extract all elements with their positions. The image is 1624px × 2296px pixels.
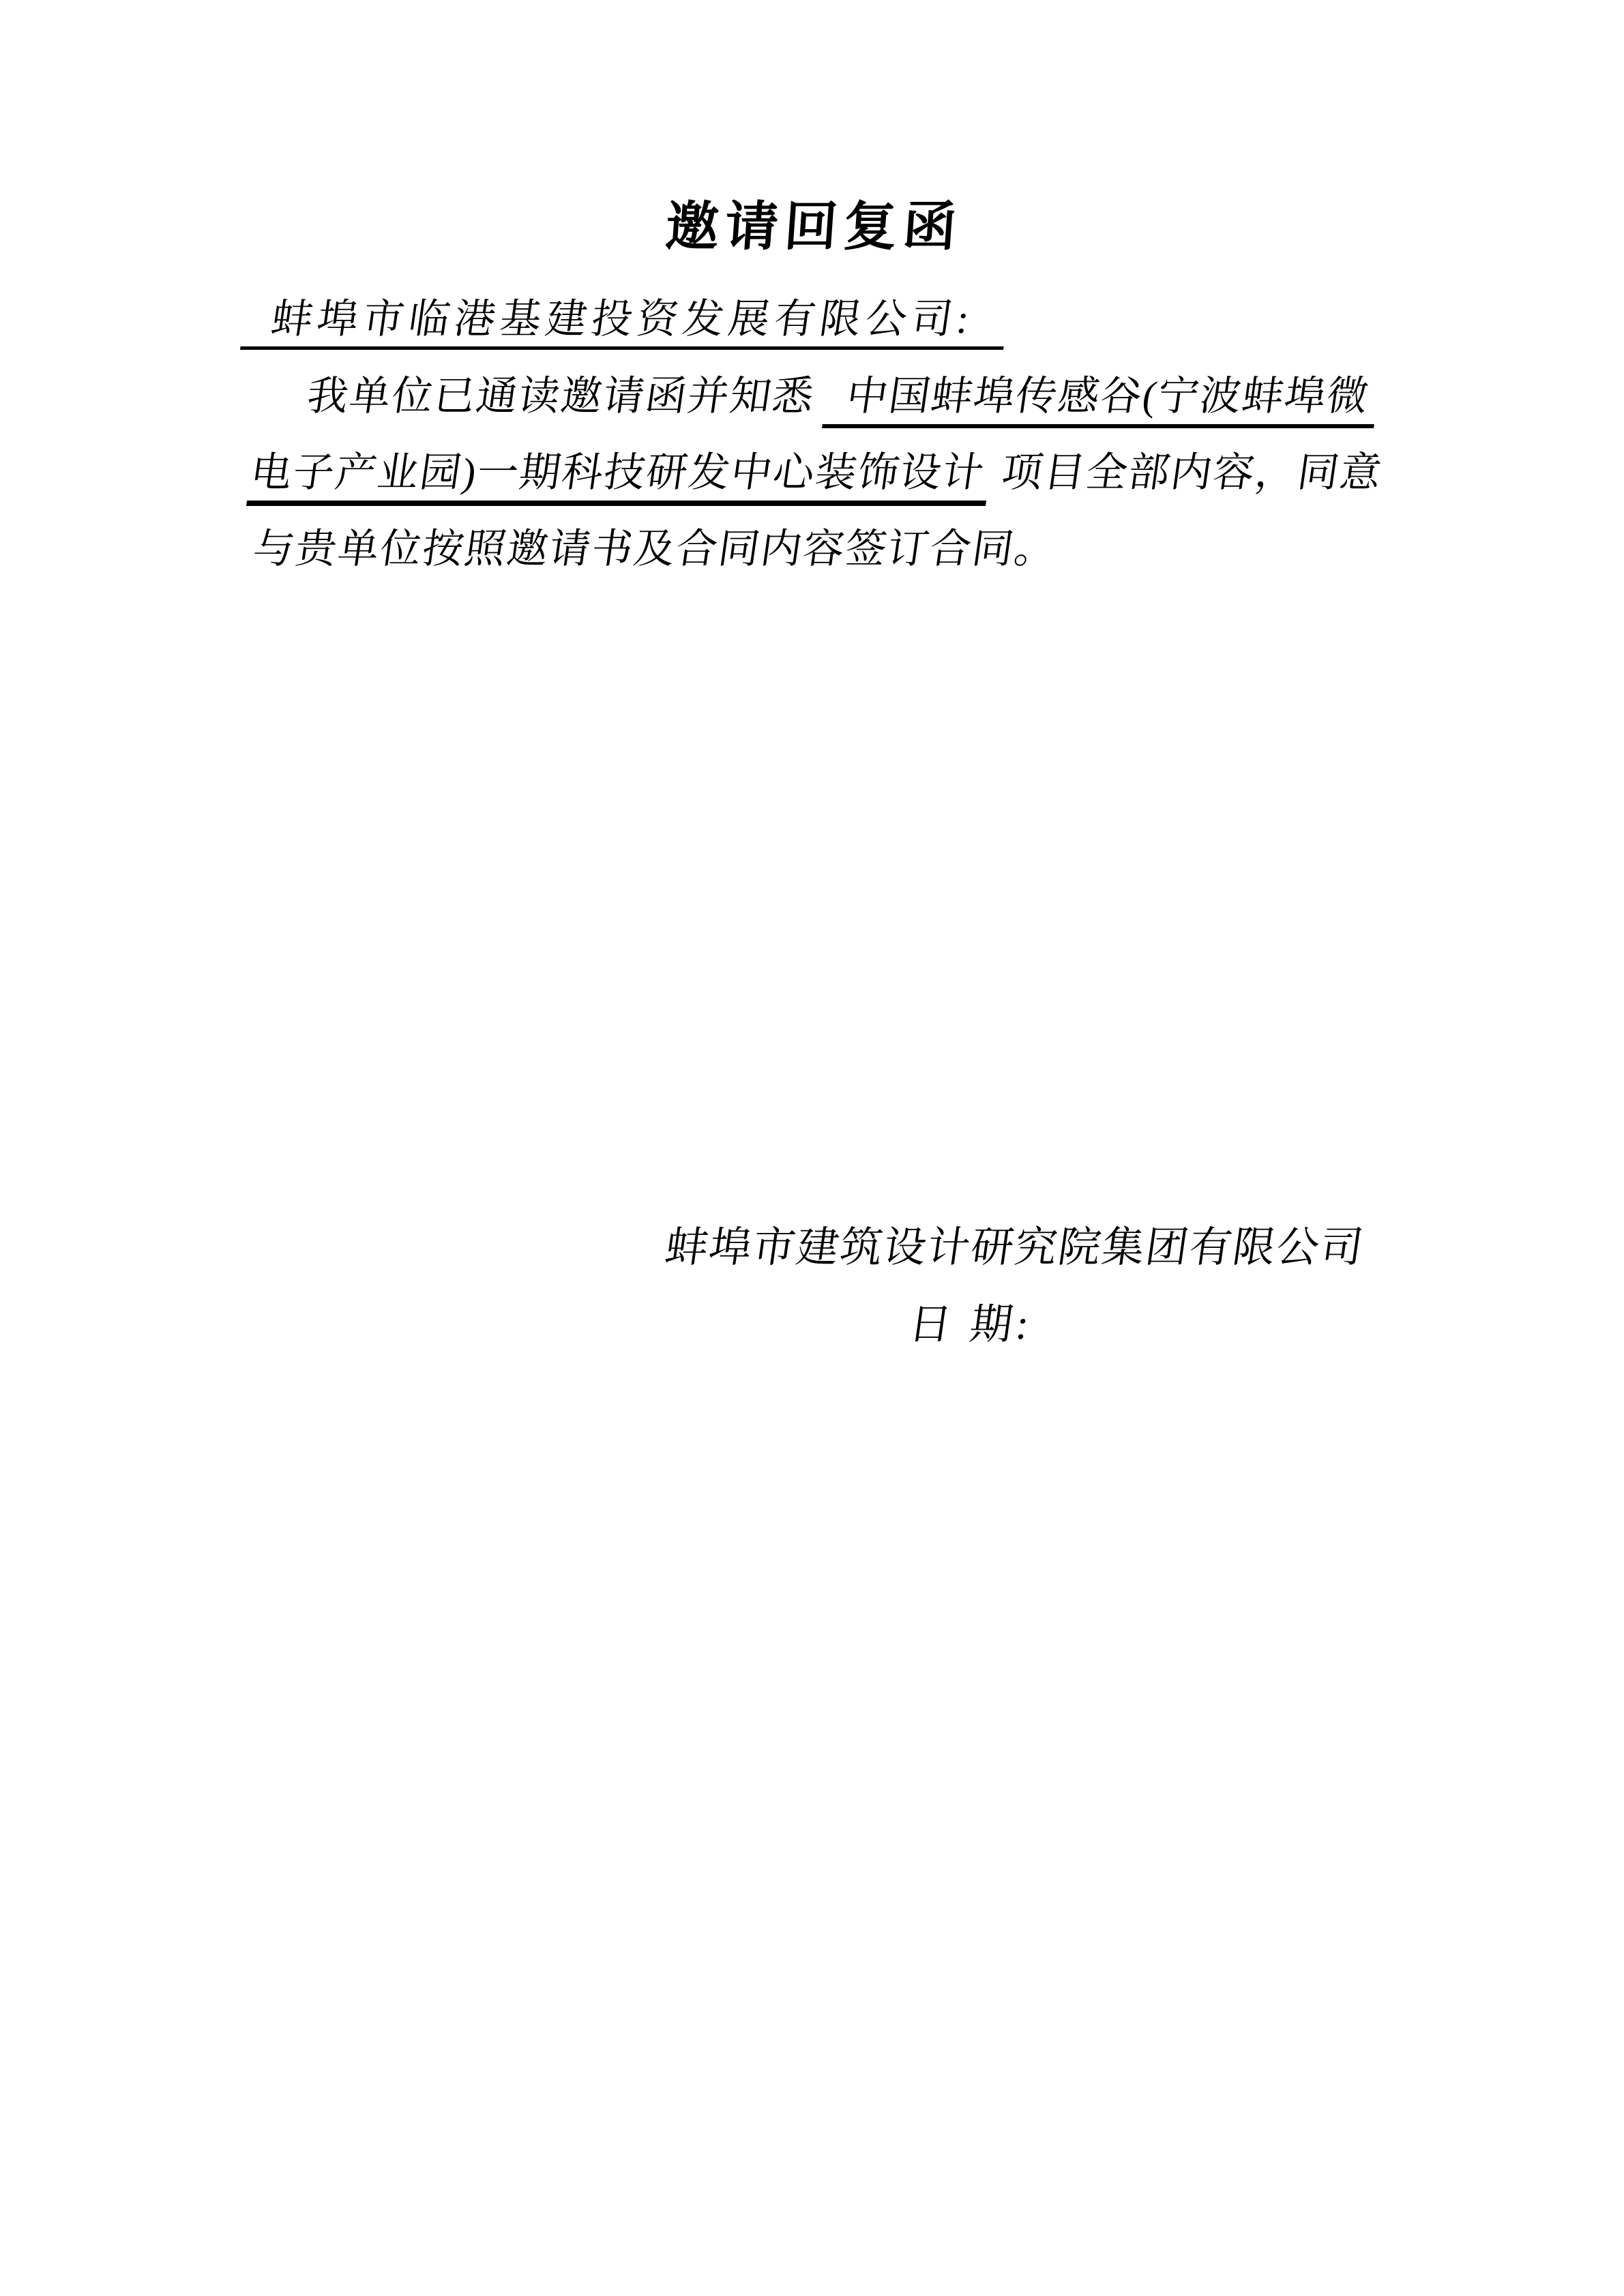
project-name-underlined-part-1: 中国蚌埠传感谷(宁波蚌埠微	[822, 374, 1381, 428]
body-line-3: 与贵单位按照邀请书及合同内容签订合同。	[250, 527, 1060, 571]
signature-company: 蚌埠市建筑设计研究院集团有限公司	[662, 1225, 1367, 1271]
document-page: 邀请回复函 蚌埠市临港基建投资发展有限公司: 我单位已通读邀请函并知悉 中国蚌埠…	[0, 0, 1624, 2296]
salutation-line: 蚌埠市临港基建投资发展有限公司:	[240, 297, 1010, 350]
body-line-2: 电子产业园)一期科技研发中心装饰设计 项目全部内容，同意	[246, 451, 1385, 506]
salutation-company-underlined: 蚌埠市临港基建投资发展有限公司:	[240, 297, 1010, 350]
project-name-underlined-part-2: 电子产业园)一期科技研发中心装饰设计	[246, 451, 993, 506]
date-label: 日 期:	[906, 1302, 1035, 1348]
body-line-1-text: 我单位已通读邀请函并知悉	[304, 374, 818, 419]
body-line-1: 我单位已通读邀请函并知悉 中国蚌埠传感谷(宁波蚌埠微	[246, 374, 1381, 428]
document-title: 邀请回复函	[0, 198, 1624, 256]
body-line-2-text: 项目全部内容，同意	[999, 450, 1385, 495]
